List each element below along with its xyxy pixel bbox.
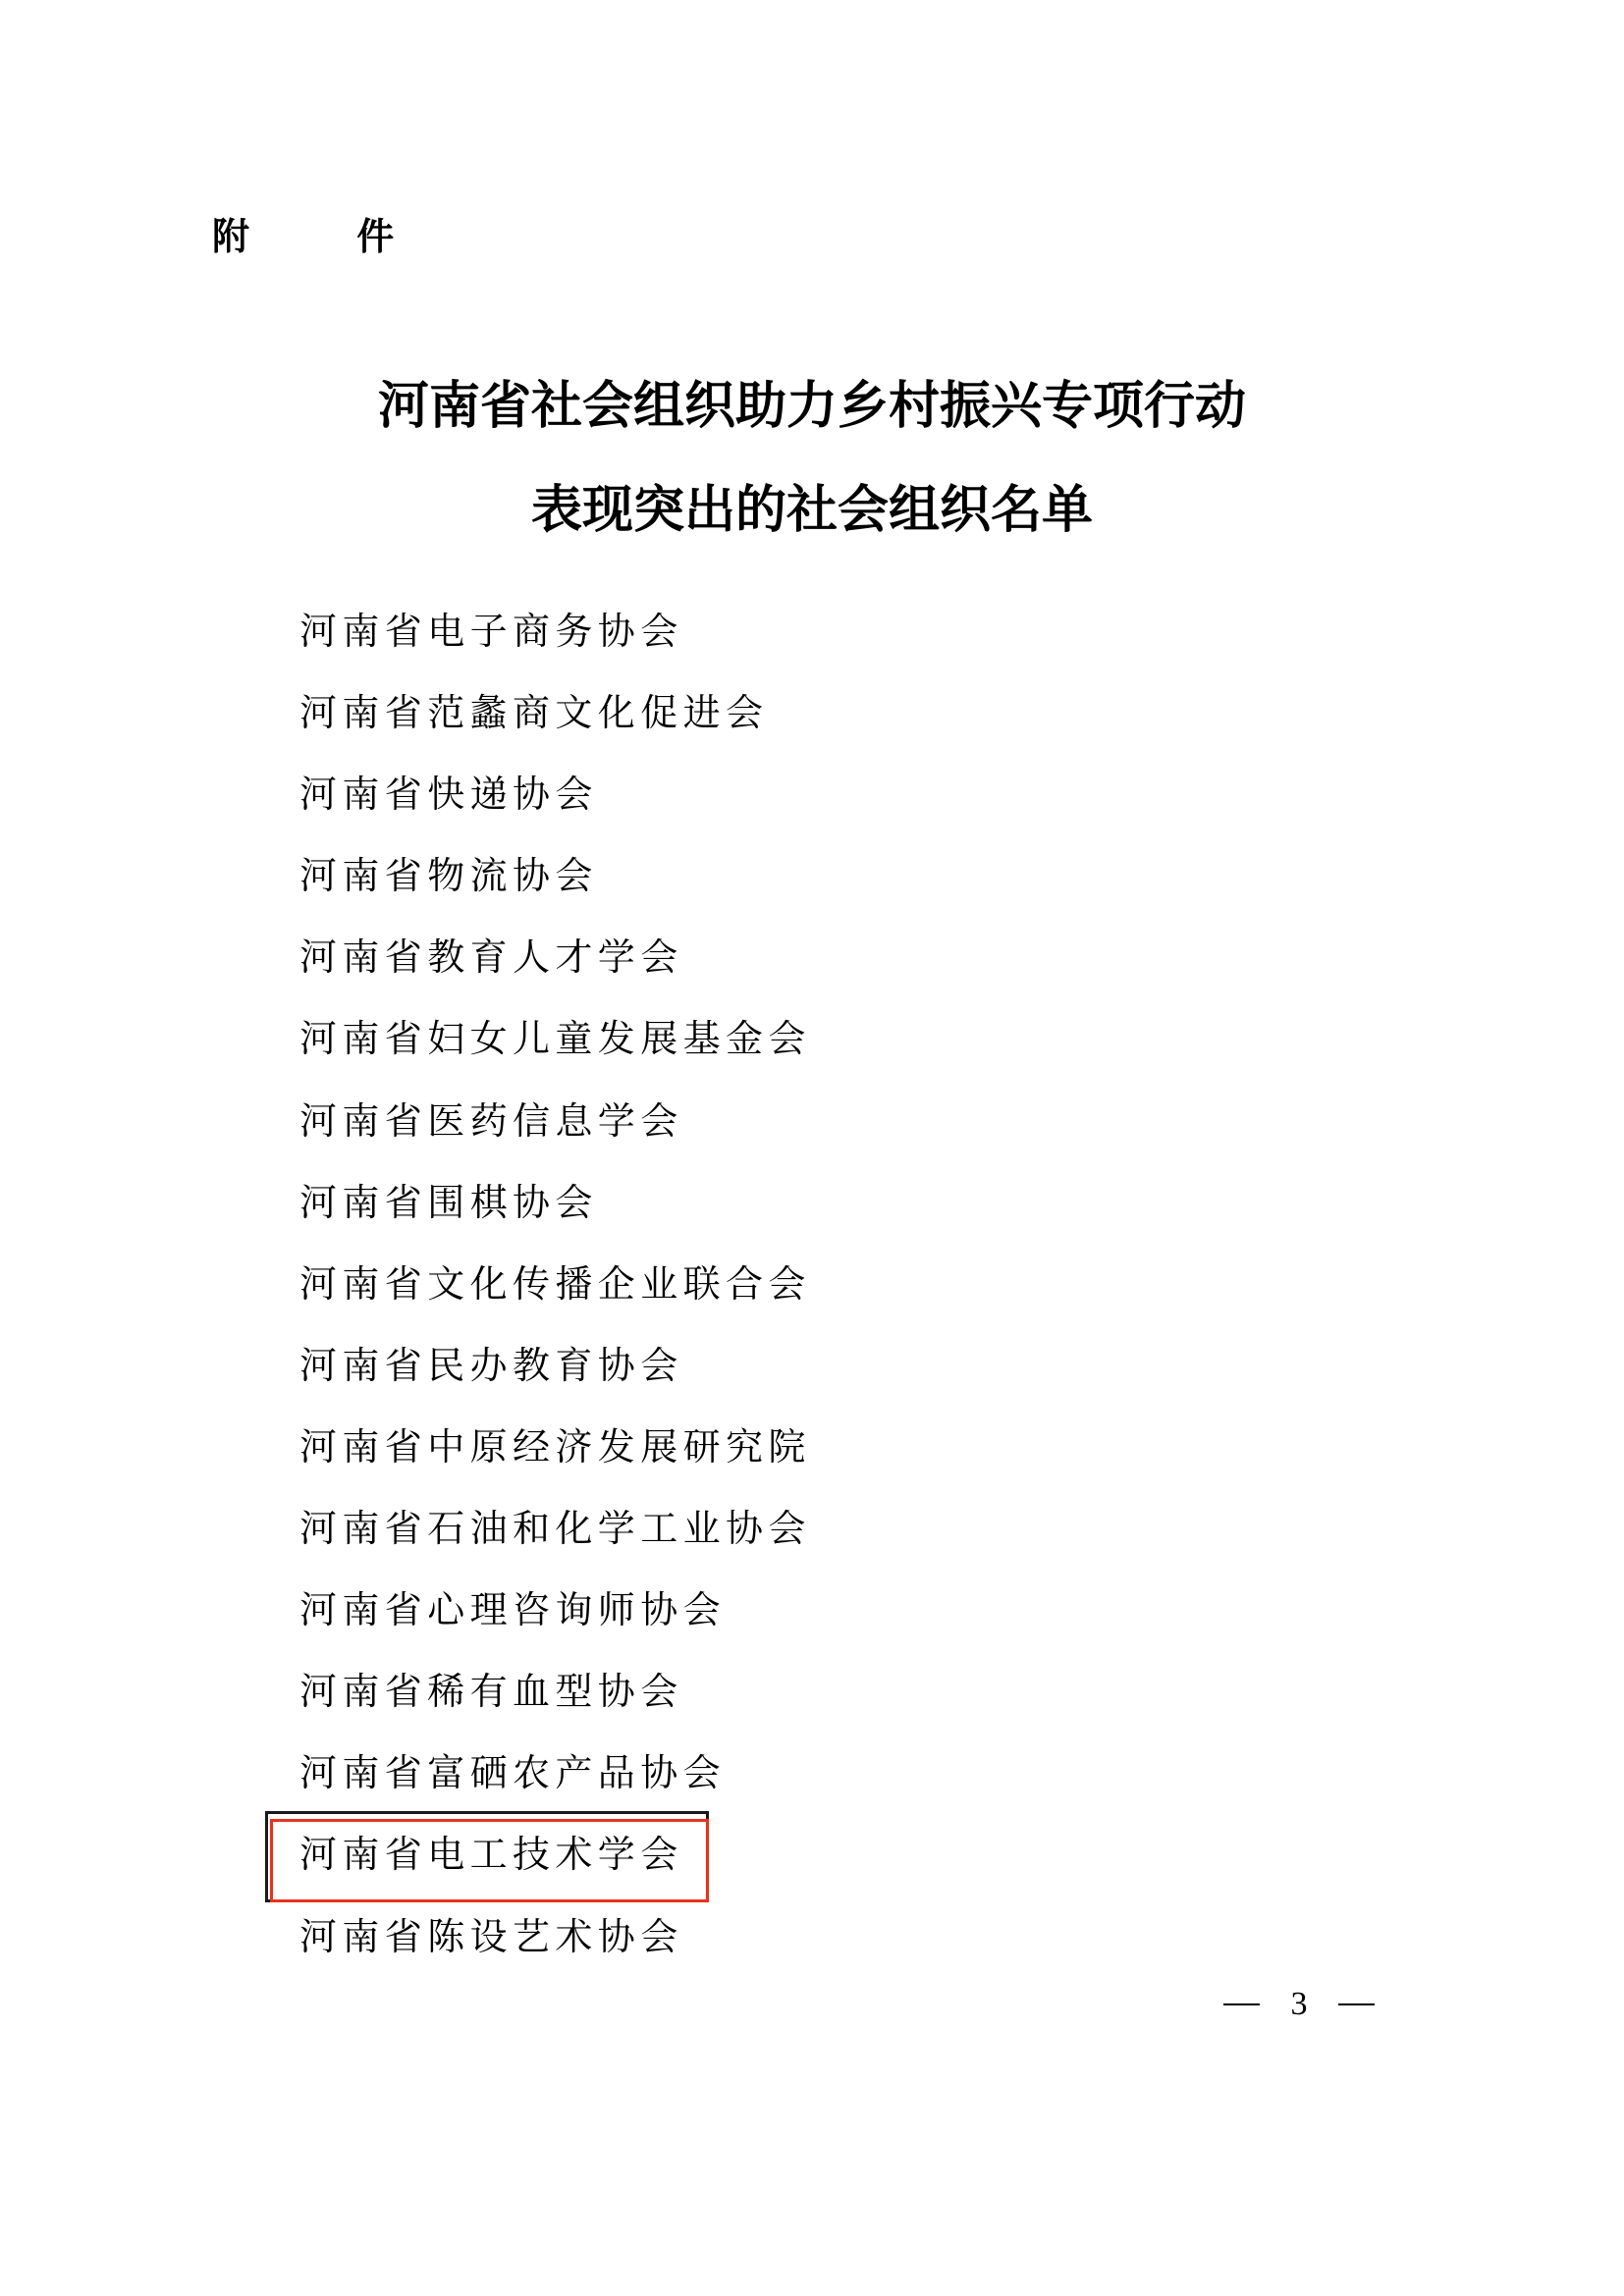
organization-item: 河南省中原经济发展研究院 [299,1422,811,1504]
organization-item: 河南省快递协会 [299,770,811,851]
organization-item: 河南省文化传播企业联合会 [299,1259,811,1341]
organization-item: 河南省围棋协会 [299,1178,811,1259]
organization-item: 河南省电子商务协会 [299,607,811,688]
organization-item: 河南省石油和化学工业协会 [299,1504,811,1585]
attachment-label: 附 件 [212,214,441,259]
page-number: 3 [1260,1986,1338,2023]
organization-item: 河南省物流协会 [299,851,811,933]
highlight-box-red [270,1819,709,1902]
organization-item: 河南省范蠡商文化促进会 [299,688,811,770]
organization-item: 河南省心理咨询师协会 [299,1585,811,1667]
organization-item: 河南省医药信息学会 [299,1096,811,1178]
organization-item: 河南省稀有血型协会 [299,1667,811,1748]
page-footer: 3 [1218,1985,1375,2024]
organization-item: 河南省妇女儿童发展基金会 [299,1014,811,1095]
footer-dash-right [1338,2003,1375,2005]
organization-item: 河南省教育人才学会 [299,933,811,1014]
organization-item: 河南省陈设艺术协会 [299,1912,811,1994]
document-title-line-2: 表现突出的社会组织名单 [0,481,1624,540]
organization-item: 河南省民办教育协会 [299,1341,811,1422]
organization-list: 河南省电子商务协会 河南省范蠡商文化促进会 河南省快递协会 河南省物流协会 河南… [299,607,811,1994]
footer-dash-left [1223,2003,1260,2005]
document-page: 附 件 河南省社会组织助力乡村振兴专项行动 表现突出的社会组织名单 河南省电子商… [0,0,1624,2296]
document-title-line-1: 河南省社会组织助力乡村振兴专项行动 [0,377,1624,436]
